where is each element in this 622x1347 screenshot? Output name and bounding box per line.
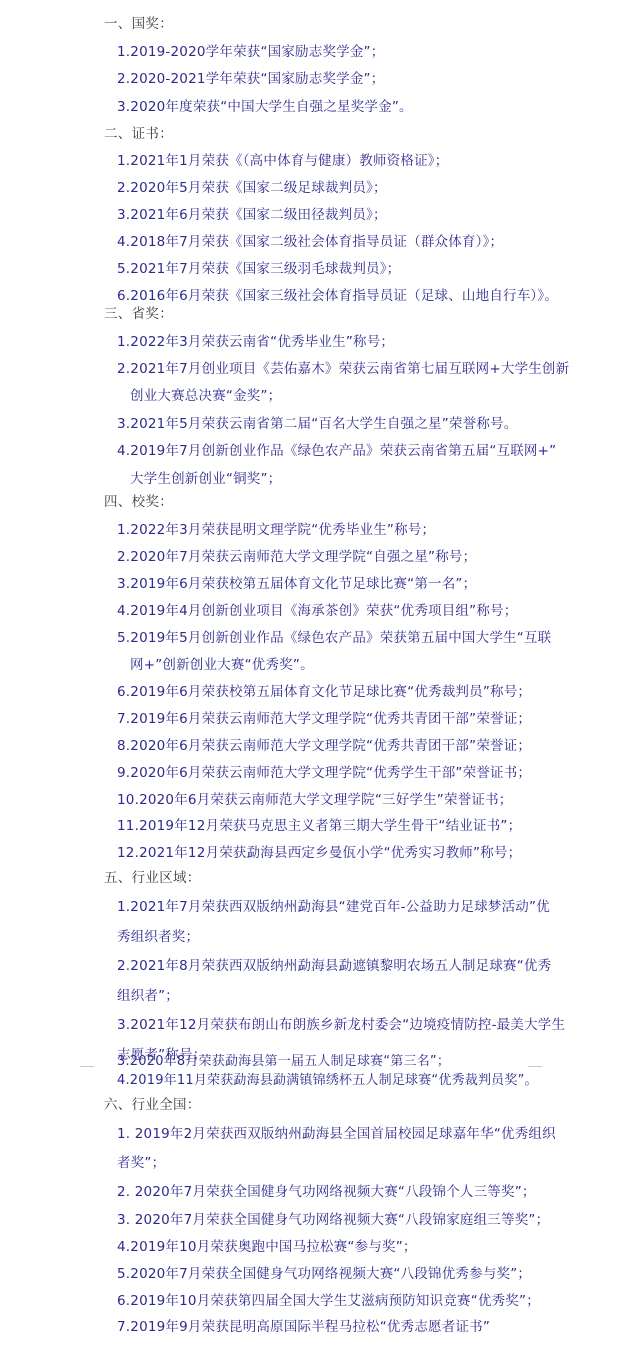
list-item: 3.2021年5月荣获云南省第二届“百名大学生自强之星”荣誉称号。 <box>117 412 517 432</box>
list-item: 1.2022年3月荣获云南省“优秀毕业生”称号； <box>117 330 394 350</box>
list-item: 2. 2020年7月荣获全国健身气功网络视频大赛“八段锦个人三等奖”； <box>117 1180 536 1200</box>
list-item: 1.2021年1月荣获《（高中体育与健康）教师资格证》； <box>117 149 448 169</box>
list-item: 3.2020年8月荣获勐海县第一届五人制足球赛“第三名”； <box>117 1050 450 1069</box>
list-item: 2.2021年7月创业项目《芸佑嘉木》荣获云南省第七届互联网+大学生创新 <box>117 357 569 377</box>
list-item: 2.2020年5月荣获《国家二级足球裁判员》； <box>117 176 387 196</box>
list-item: 2.2020年7月荣获云南师范大学文理学院“自强之星”称号； <box>117 545 476 565</box>
list-item: 6.2019年10月荣获第四届全国大学生艾滋病预防知识竞赛“优秀奖”； <box>117 1289 540 1309</box>
section-heading-industry-regional: 五、行业区域： <box>104 866 201 886</box>
list-item: 1.2022年3月荣获昆明文理学院“优秀毕业生”称号； <box>117 518 435 538</box>
list-item: 5.2019年5月创新创业作品《绿色农产品》荣获第五届中国大学生“互联 <box>117 626 551 646</box>
list-item: 6.2016年6月荣获《国家三级社会体育指导员证（足球、山地自行车）》。 <box>117 284 558 304</box>
section-heading-industry-national: 六、行业全国： <box>104 1093 201 1113</box>
list-item: 1.2019-2020学年荣获“国家励志奖学金”； <box>117 40 384 60</box>
list-item: 4.2019年4月创新创业项目《海承茶创》荣获“优秀项目组”称号； <box>117 599 517 619</box>
list-item: 4.2019年11月荣获勐海县勐满镇锦绣杯五人制足球赛“优秀裁判员奖”。 <box>117 1069 538 1088</box>
list-item: 4.2019年7月创新创业作品《绿色农产品》荣获云南省第五届“互联网+” <box>117 439 556 459</box>
list-item-continuation: 者奖”； <box>117 1151 165 1171</box>
list-item: 7.2019年9月荣获昆明高原国际半程马拉松“优秀志愿者证书” <box>117 1315 490 1335</box>
list-item: 3.2021年6月荣获《国家二级田径裁判员》； <box>117 203 387 223</box>
list-item: 9.2020年6月荣获云南师范大学文理学院“优秀学生干部”荣誉证书； <box>117 761 531 781</box>
list-item: 1. 2019年2月荣获西双版纳州勐海县全国首届校园足球嘉年华“优秀组织 <box>117 1122 556 1142</box>
list-item: 5.2020年7月荣获全国健身气功网络视频大赛“八段锦优秀参与奖”； <box>117 1262 531 1282</box>
list-item-continuation: 创业大赛总决赛“金奖”； <box>130 384 281 404</box>
list-item: 6.2019年6月荣获校第五届体育文化节足球比赛“优秀裁判员”称号； <box>117 680 531 700</box>
divider-mark-left <box>80 1066 94 1067</box>
list-item: 3.2021年12月荣获布朗山布朗族乡新龙村委会“边境疫情防控-最美大学生 <box>117 1013 565 1033</box>
list-item: 2.2021年8月荣获西双版纳州勐海县勐遮镇黎明农场五人制足球赛“优秀 <box>117 954 551 974</box>
list-item: 3. 2020年7月荣获全国健身气功网络视频大赛“八段锦家庭组三等奖”； <box>117 1208 549 1228</box>
list-item: 4.2019年10月荣获奥跑中国马拉松赛“参与奖”； <box>117 1235 417 1255</box>
list-item: 7.2019年6月荣获云南师范大学文理学院“优秀共青团干部”荣誉证； <box>117 707 531 727</box>
section-heading-school: 四、校奖： <box>104 490 173 510</box>
list-item: 5.2021年7月荣获《国家三级羽毛球裁判员》； <box>117 257 400 277</box>
list-item-continuation: 网+”创新创业大赛“优秀奖”。 <box>130 653 314 673</box>
divider-mark-right <box>528 1066 542 1067</box>
list-item: 3.2019年6月荣获校第五届体育文化节足球比赛“第一名”； <box>117 572 476 592</box>
list-item-continuation: 组织者”； <box>117 984 179 1004</box>
list-item: 2.2020-2021学年荣获“国家励志奖学金”； <box>117 67 384 87</box>
list-item: 10.2020年6月荣获云南师范大学文理学院“三好学生”荣誉证书； <box>117 788 513 808</box>
list-item: 4.2018年7月荣获《国家二级社会体育指导员证（群众体育）》； <box>117 230 503 250</box>
section-heading-provincial: 三、省奖： <box>104 302 173 322</box>
list-item: 8.2020年6月荣获云南师范大学文理学院“优秀共青团干部”荣誉证； <box>117 734 531 754</box>
list-item-continuation: 大学生创新创业“铜奖”； <box>130 467 281 487</box>
list-item: 3.2020年度荣获“中国大学生自强之星奖学金”。 <box>117 95 413 115</box>
section-heading-national: 一、国奖： <box>104 12 173 32</box>
list-item-continuation: 秀组织者奖； <box>117 925 199 945</box>
list-item: 1.2021年7月荣获西双版纳州勐海县“建党百年-公益助力足球梦活动”优 <box>117 895 550 915</box>
list-item: 11.2019年12月荣获马克思主义者第三期大学生骨干“结业证书”； <box>117 814 521 834</box>
section-heading-certificates: 二、证书： <box>104 122 173 142</box>
list-item: 12.2021年12月荣获勐海县西定乡曼佤小学“优秀实习教师”称号； <box>117 841 521 861</box>
